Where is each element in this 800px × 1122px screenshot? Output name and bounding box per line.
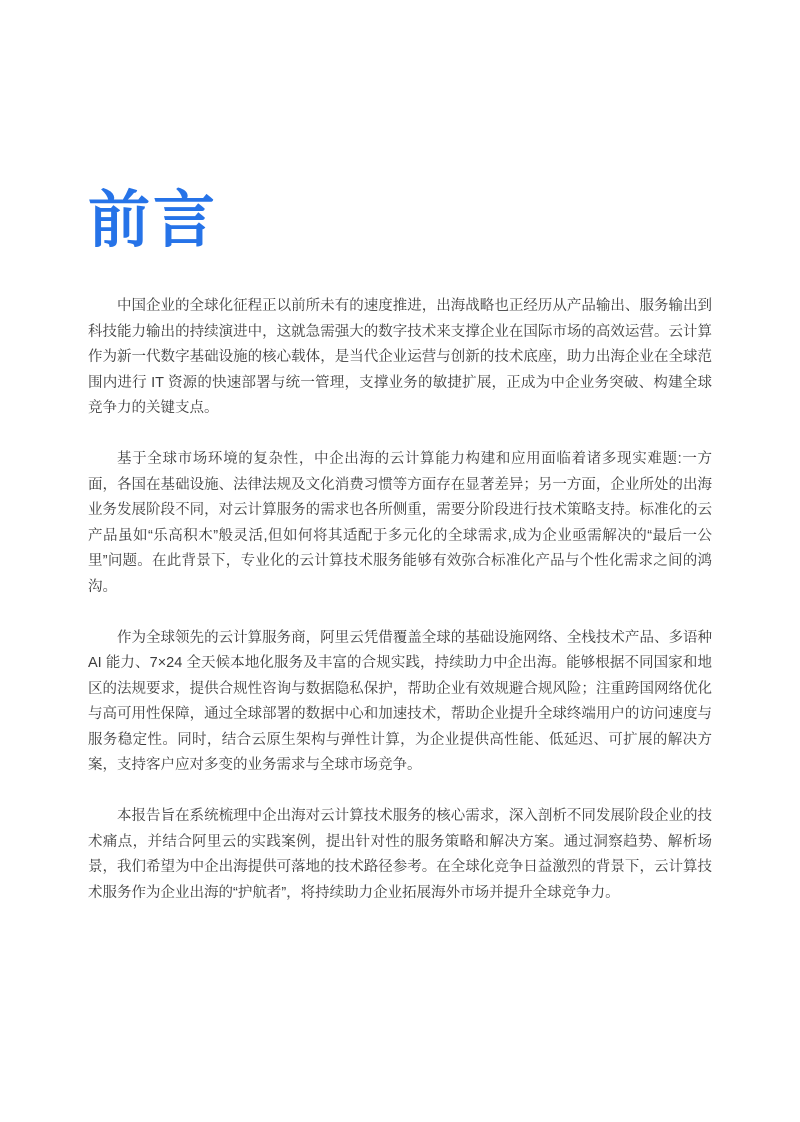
paragraph-1: 中国企业的全球化征程正以前所未有的速度推进，出海战略也正经历从产品输出、服务输出… bbox=[88, 294, 712, 422]
paragraph-2: 基于全球市场环境的复杂性，中企出海的云计算能力构建和应用面临着诸多现实难题:一方… bbox=[88, 447, 712, 600]
paragraph-3: 作为全球领先的云计算服务商，阿里云凭借覆盖全球的基础设施网络、全栈技术产品、多语… bbox=[88, 626, 712, 779]
paragraph-4: 本报告旨在系统梳理中企出海对云计算技术服务的核心需求，深入剖析不同发展阶段企业的… bbox=[88, 804, 712, 906]
page-title: 前言 bbox=[88, 190, 218, 252]
body-text: 中国企业的全球化征程正以前所未有的速度推进，出海战略也正经历从产品输出、服务输出… bbox=[88, 294, 712, 906]
document-page: 前言 中国企业的全球化征程正以前所未有的速度推进，出海战略也正经历从产品输出、服… bbox=[0, 0, 800, 1122]
